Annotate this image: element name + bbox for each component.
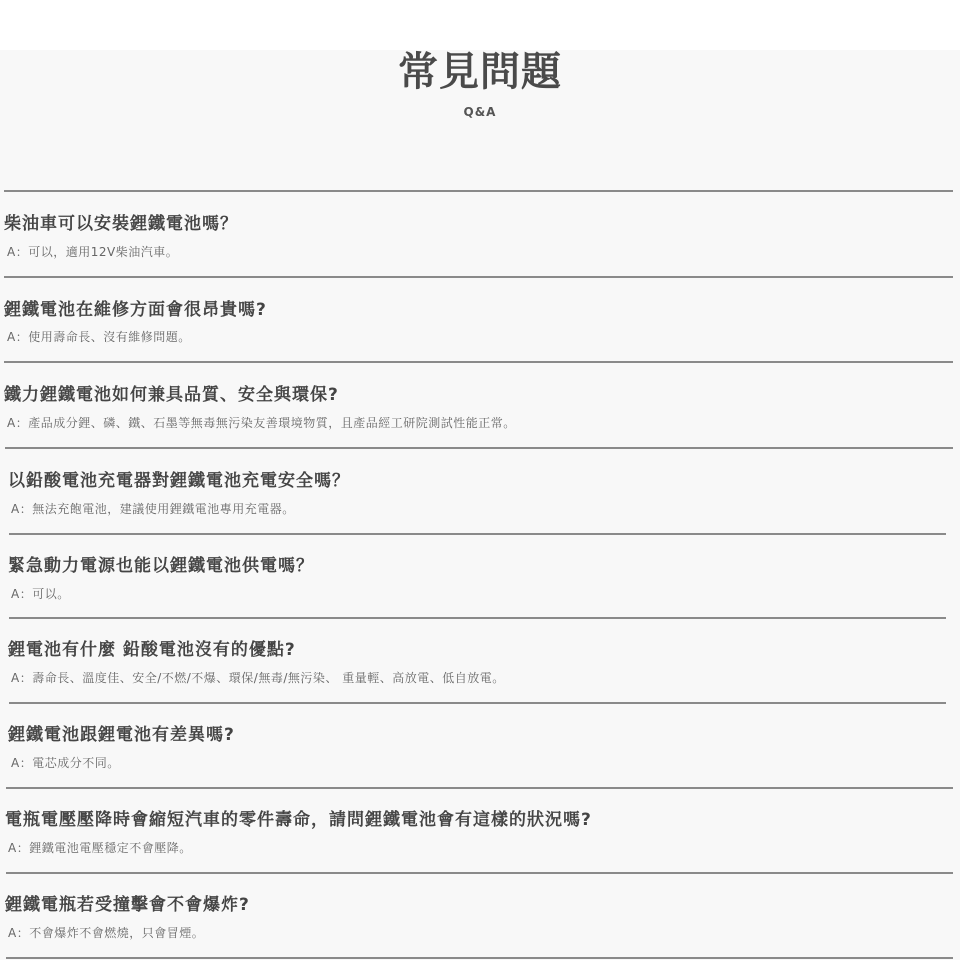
faq-question: 柴油車可以安裝鋰鐵電池嗎？ <box>4 209 238 234</box>
divider <box>9 702 946 704</box>
faq-question: 鐵力鋰鐵電池如何兼具品質、安全與環保? <box>4 380 339 405</box>
faq-question: 緊急動力電源也能以鋰鐵電池供電嗎？ <box>8 551 314 576</box>
faq-answer: A：無法充飽電池，建議使用鋰鐵電池專用充電器。 <box>11 500 295 517</box>
divider <box>6 872 953 874</box>
faq-answer: A：使用壽命長、沒有維修問題。 <box>7 328 191 345</box>
faq-question: 鋰鐵電池跟鋰電池有差異嗎? <box>8 720 235 745</box>
faq-answer: A：壽命長、溫度佳、安全/不燃/不爆、環保/無毒/無污染、 重量輕、高放電、低自… <box>11 669 505 686</box>
faq-question: 鋰鐵電瓶若受撞擊會不會爆炸? <box>5 890 250 915</box>
divider <box>9 533 946 535</box>
divider <box>5 447 953 449</box>
divider <box>9 617 946 619</box>
faq-answer: A：鋰鐵電池電壓穩定不會壓降。 <box>8 839 192 856</box>
faq-answer: A：不會爆炸不會燃燒，只會冒煙。 <box>8 924 204 941</box>
divider <box>6 787 953 789</box>
faq-question: 以鉛酸電池充電器對鋰鐵電池充電安全嗎？ <box>8 466 350 491</box>
faq-answer: A：可以，適用12V柴油汽車。 <box>7 243 178 260</box>
divider <box>6 957 953 959</box>
divider <box>4 276 953 278</box>
faq-answer: A：電芯成分不同。 <box>11 754 120 771</box>
page-title: 常見問題 <box>0 46 960 98</box>
faq-question: 電瓶電壓壓降時會縮短汽車的零件壽命，請問鋰鐵電池會有這樣的狀況嗎? <box>5 805 592 830</box>
divider <box>4 190 953 192</box>
faq-question: 鋰鐵電池在維修方面會很昂貴嗎? <box>4 295 267 320</box>
top-blank-area <box>0 0 960 50</box>
faq-answer: A：產品成分鋰、磷、鐵、石墨等無毒無污染友善環境物質，且產品經工研院測試性能正常… <box>7 414 516 431</box>
divider <box>4 361 953 363</box>
faq-question: 鋰電池有什麼 鉛酸電池沒有的優點? <box>8 635 296 660</box>
page-subtitle: Q&A <box>0 105 960 119</box>
faq-answer: A：可以。 <box>11 585 70 602</box>
